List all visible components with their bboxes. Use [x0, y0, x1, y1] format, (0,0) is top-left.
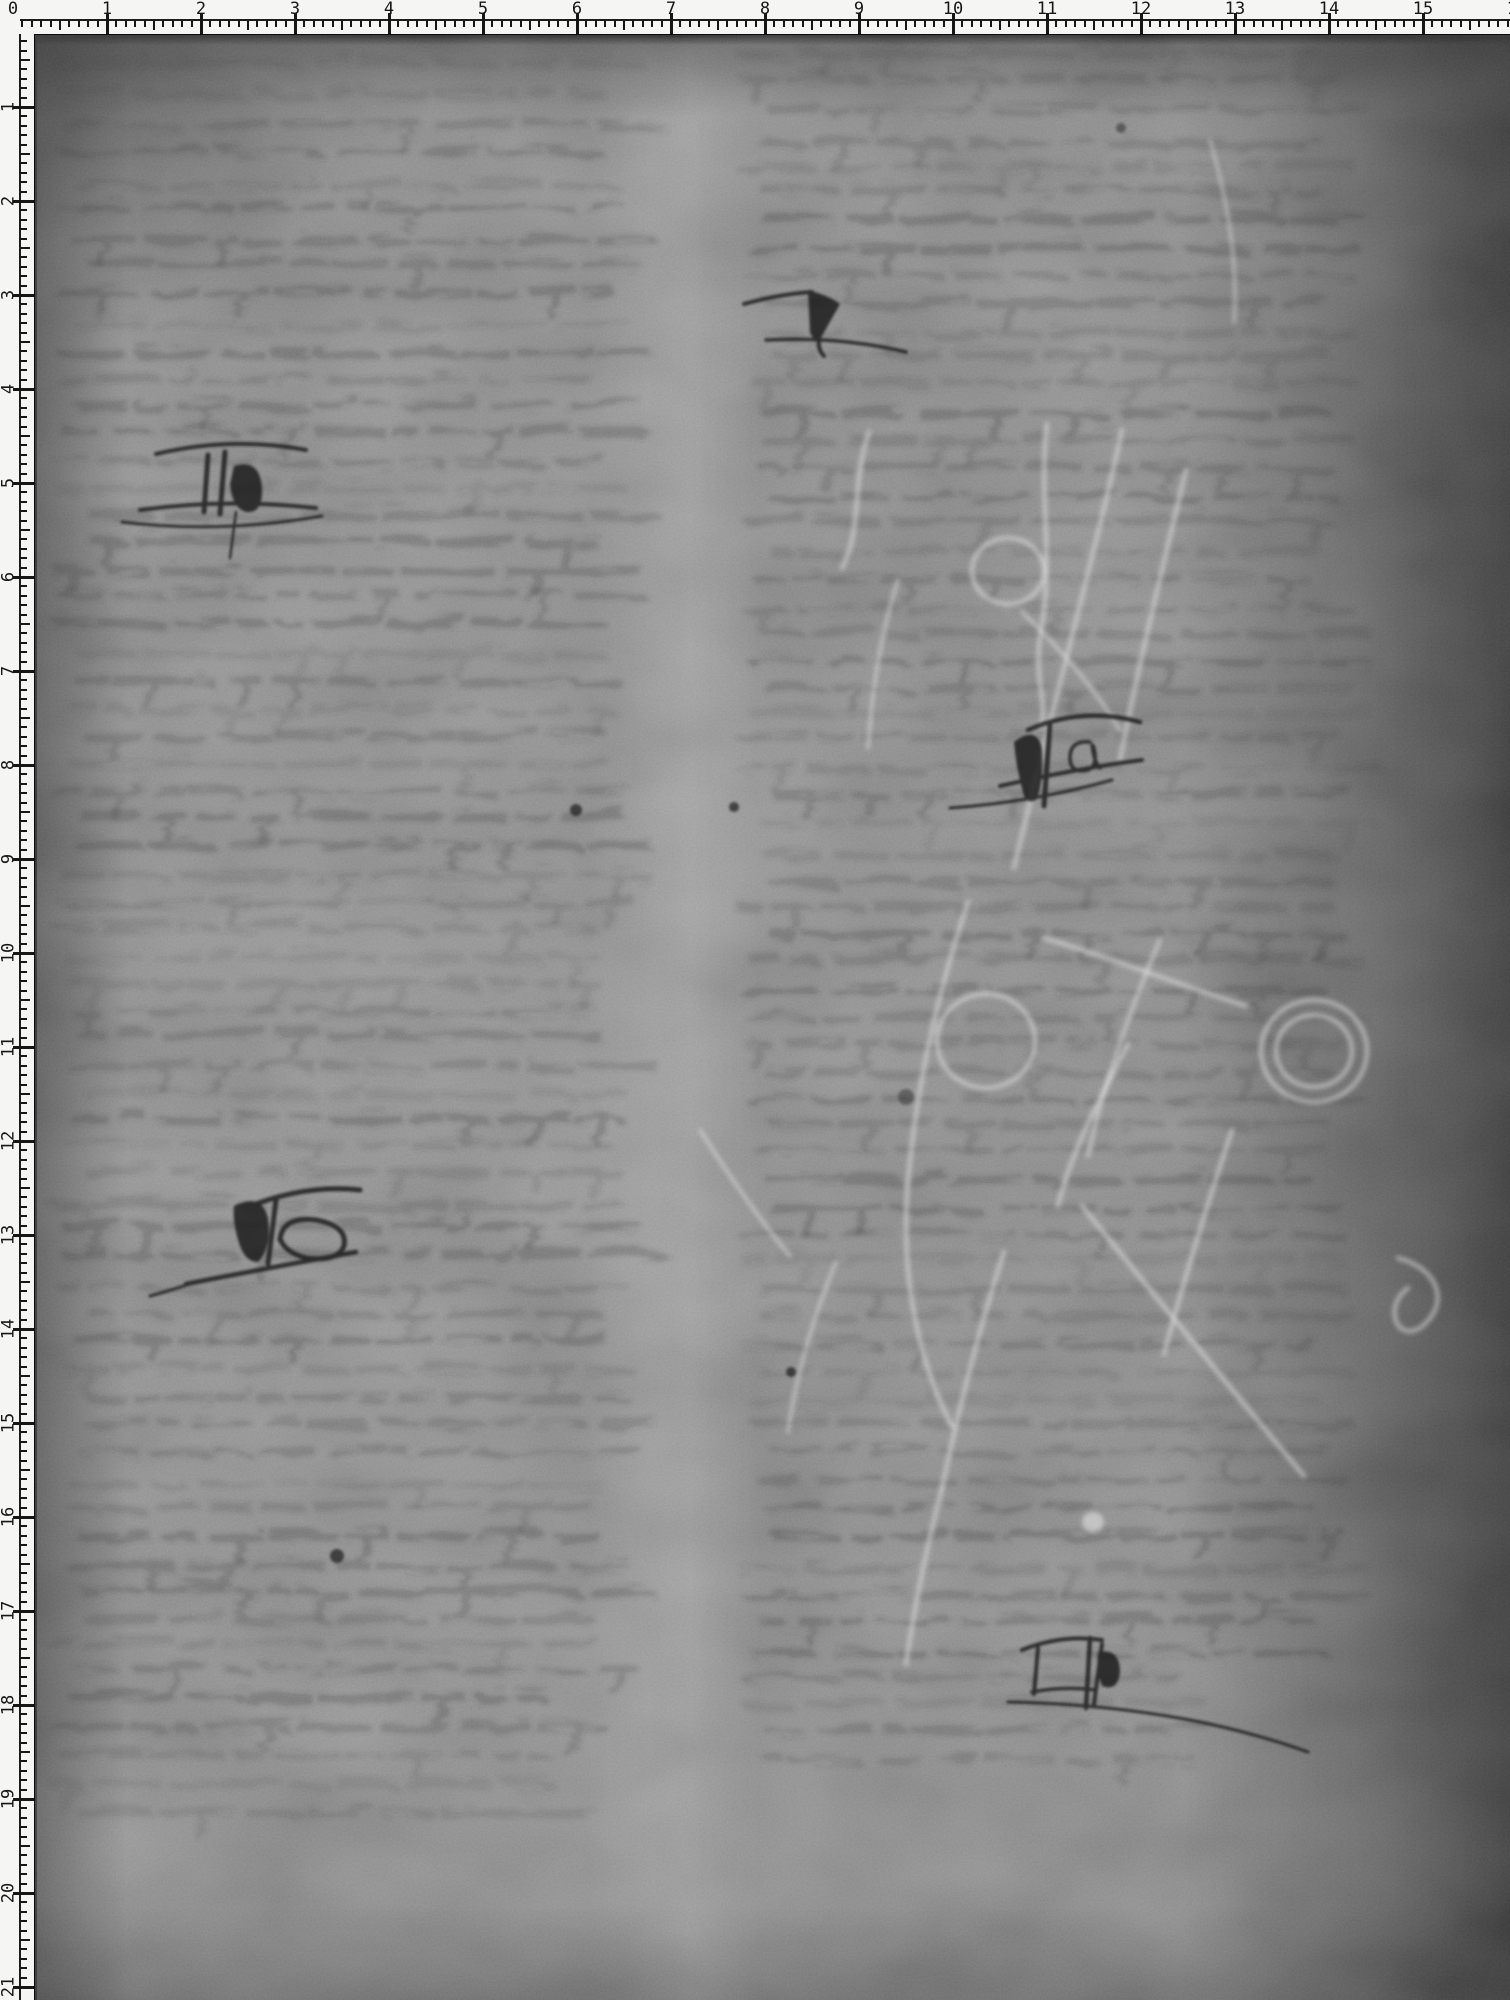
ruler-tick	[1337, 20, 1339, 27]
ink-speck	[1116, 123, 1126, 133]
ruler-tick	[20, 397, 27, 399]
ruler-tick	[623, 20, 625, 30]
ink-speck	[330, 1549, 344, 1563]
ruler-tick	[20, 933, 27, 935]
ruler-tick	[20, 407, 27, 409]
ruler-tick	[20, 651, 27, 653]
ruler-tick	[20, 1478, 27, 1480]
ruler-label: 3	[290, 1, 300, 18]
ruler-tick	[20, 1337, 27, 1339]
ruler-tick	[20, 341, 30, 343]
ink-speck	[898, 1089, 914, 1105]
ruler-tick	[97, 20, 99, 27]
ruler-tick	[20, 1939, 30, 1941]
ruler-tick	[31, 20, 33, 27]
ruler-tick	[20, 1732, 27, 1734]
ruler-tick	[20, 1281, 30, 1283]
ruler-tick	[20, 1582, 27, 1584]
ruler-tick	[20, 1243, 27, 1245]
ruler-tick	[20, 1008, 27, 1010]
ruler-tick	[604, 20, 606, 27]
ruler-tick	[20, 980, 27, 982]
ruler-tick	[20, 1817, 27, 1819]
ruler-tick	[1149, 20, 1151, 27]
ruler-tick	[20, 454, 27, 456]
ruler-tick	[548, 20, 550, 27]
ruler-tick	[20, 849, 27, 851]
ruler-tick	[463, 20, 465, 27]
ruler-tick	[20, 1065, 27, 1067]
ruler-tick	[20, 736, 27, 738]
ruler-tick	[1413, 20, 1415, 27]
ruler-tick	[783, 20, 785, 27]
ruler-tick	[1131, 20, 1133, 27]
ruler-label: 7	[1, 666, 18, 676]
ruler-tick	[642, 20, 644, 27]
ruler-tick	[209, 20, 211, 27]
ruler-tick	[1375, 20, 1377, 30]
ruler-tick	[20, 1055, 27, 1057]
ruler-label: 2	[196, 1, 206, 18]
ruler-tick	[20, 990, 27, 992]
ruler-tick	[1403, 20, 1405, 27]
ruler-tick	[20, 87, 27, 89]
ruler-label: 6	[1, 572, 18, 582]
ruler-tick	[651, 20, 653, 27]
ruler-tick	[20, 247, 30, 249]
ruler-tick	[20, 1770, 27, 1772]
ruler-tick	[971, 20, 973, 27]
ruler-label: 0	[8, 1, 18, 18]
ruler-tick	[20, 914, 27, 916]
ruler-tick	[905, 20, 907, 30]
ruler-tick	[20, 802, 27, 804]
ruler-tick	[20, 426, 27, 428]
ruler-tick	[20, 708, 27, 710]
ruler-tick	[266, 20, 268, 27]
ruler-label: 20	[1, 1883, 18, 1903]
ruler-tick	[20, 1018, 27, 1020]
ruler-tick	[20, 473, 27, 475]
ruler-tick	[1008, 20, 1010, 27]
ruler-tick	[792, 20, 794, 27]
ruler-tick	[1243, 20, 1245, 27]
ruler-tick	[20, 1394, 27, 1396]
ruler-tick	[20, 1309, 27, 1311]
ruler-tick	[20, 529, 30, 531]
ruler-tick	[20, 1290, 27, 1292]
ruler-tick	[20, 125, 27, 127]
ruler-tick	[20, 604, 27, 606]
ruler-tick	[614, 20, 616, 27]
ruler-tick	[20, 1742, 27, 1744]
ruler-tick	[20, 1723, 27, 1725]
ruler-label: 10	[943, 1, 963, 18]
ruler-tick	[20, 1300, 27, 1302]
ruler-label: 16	[1, 1507, 18, 1527]
ruler-tick	[708, 20, 710, 27]
ruler-tick	[20, 1864, 27, 1866]
ruler-tick	[20, 181, 27, 183]
ruler-tick	[20, 1084, 27, 1086]
ruler-tick	[20, 238, 27, 240]
ruler-tick	[275, 20, 277, 27]
ruler-tick	[538, 20, 540, 27]
ruler-tick	[20, 256, 27, 258]
ruler-tick	[20, 134, 27, 136]
ruler-tick	[1206, 20, 1208, 27]
ruler-tick	[1394, 20, 1396, 27]
ruler-tick	[20, 632, 27, 634]
ruler-label: 14	[1, 1319, 18, 1339]
ruler-tick	[20, 1450, 27, 1452]
ruler-tick	[20, 783, 27, 785]
ruler-tick	[933, 20, 935, 27]
ruler-tick	[867, 20, 869, 27]
ruler-tick	[20, 1431, 27, 1433]
ruler-tick	[1168, 20, 1170, 27]
ruler-tick	[59, 20, 61, 30]
ruler-tick	[1384, 20, 1386, 27]
ruler-tick	[20, 896, 27, 898]
ruler-tick	[802, 20, 804, 27]
ruler-tick	[20, 567, 27, 569]
ruler-tick	[247, 20, 249, 30]
ruler-tick	[20, 971, 27, 973]
ruler-tick	[369, 20, 371, 27]
ruler-tick	[20, 886, 27, 888]
ruler-tick	[20, 1102, 27, 1104]
ruler-tick	[21, 20, 23, 27]
ruler-tick	[435, 20, 437, 30]
ruler-tick	[1478, 20, 1480, 27]
ruler-label: 11	[1037, 1, 1057, 18]
ruler-tick	[1347, 20, 1349, 27]
ruler-tick	[20, 698, 27, 700]
manuscript-art-layer	[0, 0, 1510, 2000]
ruler-label: 5	[1, 478, 18, 488]
ruler-tick	[20, 416, 27, 418]
ruler-tick	[20, 792, 27, 794]
ruler-tick	[20, 1460, 27, 1462]
ruler-tick	[20, 1507, 27, 1509]
ruler-tick	[1300, 20, 1302, 27]
ruler-tick	[773, 20, 775, 27]
ruler-tick	[20, 726, 27, 728]
ruler-tick	[341, 20, 343, 30]
ruler-tick	[20, 435, 30, 437]
ruler-tick	[896, 20, 898, 27]
ruler-tick	[20, 1638, 27, 1640]
ruler-tick	[999, 20, 1001, 30]
ruler-tick	[1450, 20, 1452, 27]
ruler-label: 12	[1131, 1, 1151, 18]
ruler-label: 4	[384, 1, 394, 18]
ruler-tick	[20, 679, 27, 681]
ruler-tick	[20, 745, 27, 747]
ruler-tick	[20, 1441, 27, 1443]
ruler-tick	[20, 209, 27, 211]
ruler-tick	[20, 1196, 27, 1198]
ruler-tick	[20, 1911, 27, 1913]
ruler-tick	[40, 20, 42, 27]
ruler-tick	[990, 20, 992, 27]
ruler-tick	[20, 773, 27, 775]
ruler-tick	[1159, 20, 1161, 27]
ruler-tick	[811, 20, 813, 30]
ruler-label: 13	[1225, 1, 1245, 18]
ruler-tick	[20, 1535, 27, 1537]
ruler-tick	[1262, 20, 1264, 27]
ruler-label: 17	[1, 1601, 18, 1621]
ruler-tick	[20, 538, 27, 540]
ruler-label: 6	[572, 1, 582, 18]
ruler-tick	[20, 501, 27, 503]
ruler-tick	[1112, 20, 1114, 27]
ruler-tick	[20, 1948, 27, 1950]
ruler-tick	[20, 943, 27, 945]
ruler-tick	[491, 20, 493, 27]
ruler-tick	[20, 191, 27, 193]
ruler-label: 7	[666, 1, 676, 18]
ruler-tick	[745, 20, 747, 27]
ruler-tick	[510, 20, 512, 27]
ruler-tick	[20, 1497, 27, 1499]
ruler-tick	[20, 999, 30, 1001]
ruler-tick	[849, 20, 851, 27]
ruler-tick	[1093, 20, 1095, 30]
ruler-tick	[1507, 20, 1509, 27]
ruler-tick	[20, 1187, 30, 1189]
ruler-label: 21	[1, 1977, 18, 1997]
ruler-label: 18	[1, 1695, 18, 1715]
ruler-tick	[1460, 20, 1462, 27]
ruler-tick	[20, 153, 30, 155]
ruler-tick	[20, 59, 30, 61]
ruler-tick	[1309, 20, 1311, 27]
ruler-tick	[20, 811, 30, 813]
ruler-tick	[679, 20, 681, 27]
ruler-tick	[830, 20, 832, 27]
ruler-tick	[20, 1930, 27, 1932]
ruler-tick	[20, 350, 27, 352]
ruler-tick	[20, 1215, 27, 1217]
ruler-label: 11	[1, 1037, 18, 1057]
ruler-tick	[1178, 20, 1180, 27]
ruler-tick	[20, 642, 27, 644]
ruler-tick	[20, 820, 27, 822]
ruler-tick	[20, 303, 27, 305]
ruler-label: 8	[1, 760, 18, 770]
ruler-tick	[20, 557, 27, 559]
ruler-tick	[360, 20, 362, 27]
ruler-tick	[20, 1121, 27, 1123]
ruler-tick	[1102, 20, 1104, 27]
ruler-tick	[595, 20, 597, 27]
ruler-tick	[20, 1384, 27, 1386]
ruler-tick	[20, 1563, 30, 1565]
ruler-tick	[20, 1037, 27, 1039]
ink-speck	[729, 802, 739, 812]
ruler-tick	[256, 20, 258, 27]
ruler-tick	[567, 20, 569, 27]
ruler-tick	[20, 444, 27, 446]
ruler-tick	[20, 1779, 27, 1781]
ruler-tick	[1055, 20, 1057, 27]
ruler-label: 3	[1, 290, 18, 300]
ruler-tick	[228, 20, 230, 27]
ruler-tick	[1281, 20, 1283, 30]
ruler-tick	[20, 520, 27, 522]
ruler-tick	[416, 20, 418, 27]
ruler-tick	[877, 20, 879, 27]
ruler-tick	[1488, 20, 1490, 27]
ruler-tick	[454, 20, 456, 27]
ruler-tick	[20, 1131, 27, 1133]
ruler-tick	[303, 20, 305, 27]
ruler-tick	[20, 1789, 27, 1791]
ruler-tick	[191, 20, 193, 27]
ruler-tick	[322, 20, 324, 27]
ruler-tick	[162, 20, 164, 27]
ruler-tick	[726, 20, 728, 27]
ink-speck	[786, 1367, 796, 1377]
ruler-tick	[407, 20, 409, 27]
ruler-tick	[717, 20, 719, 30]
ruler-tick	[20, 1977, 27, 1979]
ruler-label: 12	[1, 1131, 18, 1151]
ruler-tick	[914, 20, 916, 27]
ruler-tick	[20, 172, 27, 174]
ruler-tick	[20, 961, 27, 963]
ruler-tick	[20, 1149, 27, 1151]
film-grain-texture	[34, 34, 1510, 2000]
ruler-tick	[1027, 20, 1029, 27]
ruler-tick	[20, 839, 27, 841]
ruler-tick	[125, 20, 127, 27]
ruler-tick	[20, 1178, 27, 1180]
ruler-tick	[87, 20, 89, 27]
ruler-tick	[20, 1591, 27, 1593]
ruler-tick	[1431, 20, 1433, 27]
ruler-tick	[20, 68, 27, 70]
ruler-label: 1	[102, 1, 112, 18]
ruler-tick	[20, 1253, 27, 1255]
ruler-tick	[473, 20, 475, 27]
ruler-tick	[20, 360, 27, 362]
ruler-tick	[238, 20, 240, 27]
ruler-tick	[20, 905, 30, 907]
ruler-tick	[172, 20, 174, 27]
ruler-label: 8	[760, 1, 770, 18]
ruler-label: 9	[1, 854, 18, 864]
ruler-tick	[20, 332, 27, 334]
ruler-label: 9	[854, 1, 864, 18]
ruler-tick	[20, 1836, 27, 1838]
ruler-tick	[1187, 20, 1189, 30]
ruler-tick	[1469, 20, 1471, 30]
ruler-label: 2	[1, 196, 18, 206]
ruler-tick	[1065, 20, 1067, 27]
ruler-tick	[1225, 20, 1227, 27]
ruler-tick	[285, 20, 287, 27]
ruler-tick	[20, 717, 30, 719]
ruler-label: 13	[1, 1225, 18, 1245]
ruler-tick	[134, 20, 136, 27]
ruler-tick	[961, 20, 963, 27]
ruler-tick	[20, 1262, 27, 1264]
ruler-label: 10	[1, 943, 18, 963]
ruler-tick	[1366, 20, 1368, 27]
ruler-tick	[20, 115, 27, 117]
ruler-tick	[1497, 20, 1499, 27]
ruler-tick	[20, 1074, 27, 1076]
ruler-tick	[20, 1883, 27, 1885]
ruler-tick	[20, 1403, 27, 1405]
ruler-tick	[980, 20, 982, 27]
ruler-tick	[501, 20, 503, 27]
ruler-tick	[332, 20, 334, 27]
ruler-tick	[20, 1713, 27, 1715]
ruler-tick	[350, 20, 352, 27]
ruler-tick	[20, 1356, 27, 1358]
ruler-tick	[379, 20, 381, 27]
ruler-tick	[397, 20, 399, 27]
ruler-tick	[1121, 20, 1123, 27]
ruler-tick	[20, 1488, 27, 1490]
ruler-left: 123456789101112131415161718192021	[0, 0, 34, 2000]
ruler-tick	[20, 623, 30, 625]
ruler-tick	[20, 285, 27, 287]
ruler-tick	[755, 20, 757, 27]
ruler-tick	[20, 1826, 27, 1828]
ruler-tick	[20, 1648, 27, 1650]
ruler-tick	[1084, 20, 1086, 27]
ruler-tick	[144, 20, 146, 27]
ruler-tick	[1074, 20, 1076, 27]
ruler-tick	[20, 1225, 27, 1227]
ruler-tick	[20, 1319, 27, 1321]
ruler-tick	[20, 97, 27, 99]
ruler-tick	[20, 1676, 27, 1678]
ruler-tick	[585, 20, 587, 27]
ruler-tick	[426, 20, 428, 27]
ruler-tick	[20, 1685, 27, 1687]
ruler-top: 012345678910111213141516	[0, 0, 1510, 34]
ruler-label: 15	[1413, 1, 1433, 18]
ruler-label: 5	[478, 1, 488, 18]
ruler-tick	[20, 1666, 27, 1668]
ruler-tick	[20, 877, 27, 879]
manuscript-photo-stage: 123456789101112131415161718192021 012345…	[0, 0, 1510, 2000]
ruler-tick	[20, 313, 27, 315]
ruler-tick	[943, 20, 945, 27]
ruler-tick	[20, 1272, 27, 1274]
ruler-tick	[20, 1027, 27, 1029]
ruler-tick	[20, 228, 27, 230]
ruler-tick	[886, 20, 888, 27]
ruler-tick	[20, 1375, 30, 1377]
ruler-tick	[20, 1873, 27, 1875]
ruler-tick	[1018, 20, 1020, 27]
ruler-tick	[839, 20, 841, 27]
ruler-tick	[1356, 20, 1358, 27]
ruler-tick	[529, 20, 531, 30]
ruler-tick	[20, 661, 27, 663]
ruler-tick	[1196, 20, 1198, 27]
ink-speck	[570, 804, 582, 816]
ruler-tick	[20, 1807, 27, 1809]
